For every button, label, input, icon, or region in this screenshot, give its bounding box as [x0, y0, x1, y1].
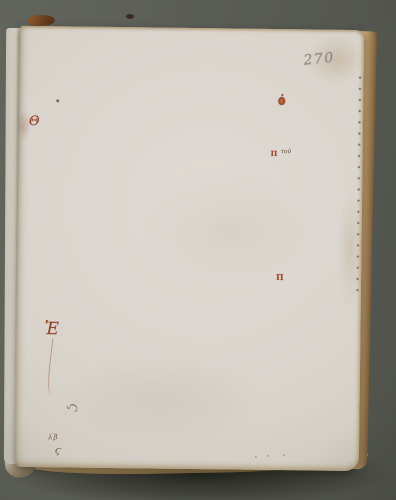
parchment-stain	[337, 188, 365, 312]
commentary-line: μοῦντες εὑρεθῶμεν, ἐγρηγορέναι καθίστατα…	[38, 118, 295, 121]
commentary-line: καρδίᾳ αὐτοῦ· χρονίζει ὁ κύριός μου ἔρχε…	[37, 119, 295, 122]
commentary-line: ραβολήν, ὃν κατέστησεν ὁ κύριος ἐπὶ τῆς …	[37, 118, 295, 121]
commentary-line: γὰρ τοῖς ὑπάρχουσιν αὐτοῦ καταστήσει αὐτ…	[38, 118, 295, 121]
commentary-block: εἰκότως ἄρα ὁ σωτὴρ τοῖς ἑαυτοῦ μαθηταῖς…	[37, 118, 295, 121]
headband-leather-fragment	[28, 14, 56, 26]
rubric-siglum: Π	[271, 149, 278, 158]
parchment-mottling	[55, 351, 266, 449]
commentary-line: τὴν ἀπάντησιν· οὐκ ἴσμεν γὰρ καθ᾽ ἣν ὁ δ…	[37, 118, 295, 121]
commentary-line: τοῖς γὰρ ἱερᾶσθαι λαχοῦσι καὶ τὴν τῶν λα…	[38, 118, 295, 121]
commentary-initial: Θ	[29, 114, 40, 129]
commentary-line: μης τινὸς τεύξεται· πλὴν οὐδὲ οὗτος παντ…	[37, 118, 295, 121]
pricking-dots	[356, 76, 362, 300]
lemma-line: αὐτοῦ καὶ μὴ ἑτοιμάσας μηδὲ ποιήσας	[59, 323, 255, 325]
commentary-line: ἀπαιτήσουσιν αὐτόν· οὐ γὰρ ἴση τῶν εἰδότ…	[37, 118, 295, 121]
siglum-note: τοῦ	[281, 148, 292, 155]
commentary-line: τῶν· ἑκάστῳ οὖν κατὰ τὸ μέτρον τῆς δοθεί…	[37, 119, 295, 122]
quire-signature: λ͠β	[48, 433, 59, 441]
commentary-line: ὅρα δὲ ὅπως τῷ μὲν εἰδότι καὶ μὴ ποιήσαν…	[38, 118, 295, 121]
folio-number: 270	[303, 49, 351, 73]
commentary-line: ὥρᾳ ᾗ οὐ γινώσκει· τοῦτο δὲ λέγει, ἐπειδ…	[38, 118, 295, 121]
commentary-line: οῦσθαι ὀργῆς· τὸ γὰρ μέρος αὐτοῦ μετὰ τῶ…	[37, 119, 295, 122]
parchment-mottling	[135, 165, 322, 292]
lemma-line: κεῖνος δὲ ὁ δοῦλος ὁ γνοὺς τὸ θέλημα τοῦ…	[59, 323, 291, 325]
commentary-line: σι τὸν πονηρὸν οἰκέτην, τουτέστι τῆς τῶν…	[37, 118, 295, 121]
gospel-lemma-second: κεῖνος δὲ ὁ δοῦλος ὁ γνοὺς τὸ θέλημα τοῦ…	[59, 323, 305, 325]
binding-speck	[126, 14, 134, 19]
heading-line: ἡμέρᾳ ᾗ οὐ προσδοκᾷ καὶ ἐν ὥρᾳ ᾗ οὐ γι	[60, 79, 263, 80]
manuscript-page: 270 ἡμέρᾳ ᾗ οὐ προσδοκᾷ καὶ ἐν ὥρᾳ ᾗ οὐ …	[15, 26, 364, 471]
commentary-line: πνευματικήν, ἵνα μακαρισμοῦ τύχωμεν παρὰ…	[37, 118, 295, 121]
lemma-line: πρὸς τὸ θέλημα αὐτοῦ, δαρήσεται πολλάς·	[59, 323, 276, 325]
commentary-line: νήφειν καὶ διδόναι τοῖς συνδούλοις ἐν κα…	[37, 119, 295, 122]
lemma-line: λὺ ζητηθήσεται παρ᾽ αὐτοῦ καὶ ᾧ παρέθεν	[59, 323, 277, 325]
quire-signature-flourish: ϛ	[54, 445, 62, 457]
commentary-line: τὸ θέλημα τοῦ δεσπότου καὶ καταφρονήσας …	[38, 118, 295, 121]
ink-dot	[56, 99, 59, 102]
commentary-line: ᾧ γὰρ ἐδόθη πολύ, πολὺ καὶ ζητηθήσεται π…	[37, 119, 295, 122]
lemma-line: ὁ δὲ μὴ γνοὺς ποιήσας δὲ ἄξια πληγῶν δα	[59, 323, 273, 325]
commentary-line: εἰκότως ἄρα ὁ σωτὴρ τοῖς ἑαυτοῦ μαθηταῖς…	[50, 119, 295, 121]
lemma-line: ρήσεται ὀλίγας· παντὶ δὲ ᾧ ἐδόθη πολύ, π…	[59, 323, 279, 325]
rubric-medallion-icon	[278, 95, 286, 105]
commentary-line: μακάριος γὰρ ὁ δοῦλος ἐκεῖνος, ὃν ἐλθὼν …	[37, 119, 295, 122]
heading-line: νώσκει· καὶ διχοτομήσει αὐτὸν καὶ τὸ μέ	[60, 79, 267, 80]
rubric-siglum: Π	[276, 272, 284, 282]
line-end-flourish: ς	[65, 402, 84, 414]
gospel-lemma-heading: ἡμέρᾳ ᾗ οὐ προσδοκᾷ καὶ ἐν ὥρᾳ ᾗ οὐ γι ν…	[60, 79, 274, 80]
initial-tail-flourish	[46, 338, 62, 397]
manuscript-photo: 270 ἡμέρᾳ ᾗ οὐ προσδοκᾷ καὶ ἐν ὥρᾳ ᾗ οὐ …	[0, 0, 396, 500]
commentary-line: ειν τε καὶ πίνειν μετὰ τῶν μεθυόντων, ἥξ…	[37, 118, 295, 121]
heading-line: ρος αὐτοῦ μετὰ τῶν ἀπίστων θήσει :-	[60, 79, 247, 80]
lemma-initial-epsilon: Ἐ	[44, 319, 59, 339]
